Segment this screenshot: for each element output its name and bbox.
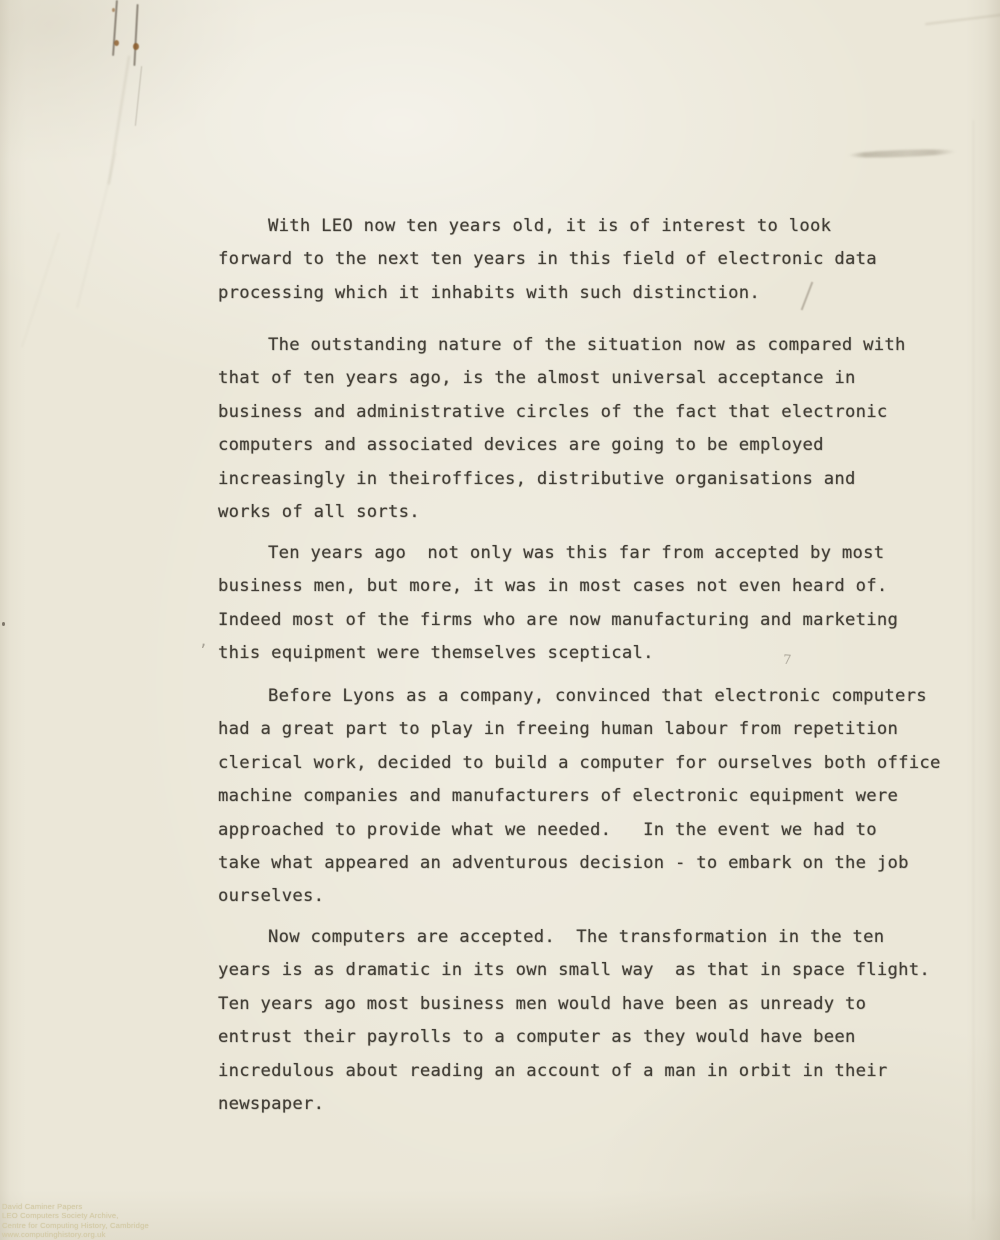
typed-line: With LEO now ten years old, it is of int… [218,210,877,243]
typed-line: entrust their payrolls to a computer as … [218,1021,930,1054]
typed-line: computers and associated devices are goi… [218,429,906,462]
archive-credit-line: David Caminer Papers [2,1202,149,1211]
typed-line: business and administrative circles of t… [218,396,906,429]
paper-crease-left [77,152,117,307]
typed-line: machine companies and manufacturers of e… [218,780,941,813]
typed-line: processing which it inhabits with such d… [218,277,877,310]
staple-crease-tail [135,66,142,126]
typed-line: had a great part to play in freeing huma… [218,713,941,746]
paragraph-2: The outstanding nature of the situation … [218,329,906,529]
rust-stain [112,8,115,12]
archive-credit: David Caminer Papers LEO Computers Socie… [2,1202,149,1240]
typed-line: take what appeared an adventurous decisi… [218,847,941,880]
typed-line: years is as dramatic in its own small wa… [218,954,930,987]
typed-line: works of all sorts. [218,496,906,529]
typed-line: Ten years ago most business men would ha… [218,988,930,1021]
pencil-smudge [848,148,956,159]
paragraph-1: With LEO now ten years old, it is of int… [218,210,877,310]
typed-line: newspaper. [218,1088,930,1121]
typed-line: Now computers are accepted. The transfor… [218,921,930,954]
archive-credit-line: www.computinghistory.org.uk [2,1230,149,1239]
typed-line: increasingly in theiroffices, distributi… [218,463,906,496]
typed-line: incredulous about reading an account of … [218,1055,930,1088]
typed-line: Indeed most of the firms who are now man… [218,604,898,637]
paper-crease-top-right [925,13,1000,25]
archive-credit-line: LEO Computers Society Archive, [2,1211,149,1220]
archive-credit-line: Centre for Computing History, Cambridge [2,1221,149,1230]
typed-line: ourselves. [218,880,941,913]
paper-crease-right-edge [973,120,974,1220]
paragraph-5: Now computers are accepted. The transfor… [218,921,930,1121]
stray-ink-mark: , [199,632,208,650]
typed-line: approached to provide what we needed. In… [218,814,941,847]
scanned-page: With LEO now ten years old, it is of int… [0,0,1000,1240]
typed-line: Before Lyons as a company, convinced tha… [218,680,941,713]
staple-mark-right [133,4,138,66]
typed-line: this equipment were themselves sceptical… [218,637,898,670]
typed-line: that of ten years ago, is the almost uni… [218,362,906,395]
typed-line: Ten years ago not only was this far from… [218,537,898,570]
ink-speck [2,622,5,626]
typed-line: clerical work, decided to build a comput… [218,747,941,780]
paragraph-3: Ten years ago not only was this far from… [218,537,898,671]
typed-line: forward to the next ten years in this fi… [218,243,877,276]
rust-stain [114,40,119,46]
typed-line: business men, but more, it was in most c… [218,570,898,603]
paragraph-4: Before Lyons as a company, convinced tha… [218,680,941,914]
typed-line: The outstanding nature of the situation … [218,329,906,362]
rust-stain [133,43,139,50]
pencil-annotation: 7 [782,653,791,669]
paper-crease-left-mid [21,233,59,347]
